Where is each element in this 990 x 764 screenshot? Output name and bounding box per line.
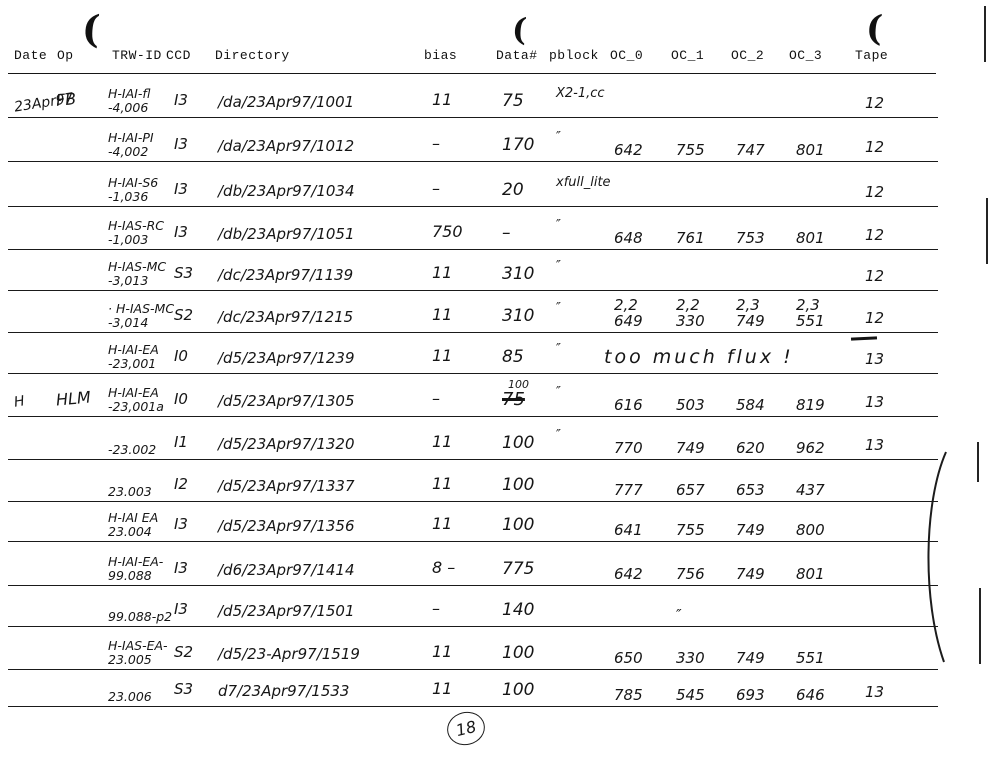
data-count-cell: – (502, 223, 511, 243)
directory-cell: /d5/23Apr97/1356 (218, 517, 355, 535)
op-cell: FB (55, 89, 77, 110)
data-count-value: 75 (502, 91, 524, 111)
directory-cell: /db/23Apr97/1051 (218, 225, 355, 243)
bias-cell: 750 (432, 222, 463, 241)
oc1-cell: 545 (676, 687, 705, 703)
column-header-trw-id: TRW-ID (112, 48, 162, 63)
tape-cell: 12 (865, 138, 884, 156)
table-row: · H-IAS-MC -3,014S2/dc/23Apr97/121511″2,… (8, 290, 938, 333)
oc2-cell: 749 (736, 566, 765, 582)
page-number-circled: 18 (444, 708, 489, 749)
directory-cell: /da/23Apr97/1012 (218, 137, 354, 155)
pblock-cell: xfull_lite (556, 175, 611, 190)
op-cell: HLM (55, 388, 91, 410)
column-header-ccd: CCD (166, 48, 191, 63)
bias-cell: 11 (432, 679, 452, 698)
stray-paren-mark: ( (80, 5, 101, 51)
bias-cell: 11 (432, 642, 452, 661)
data-count-value: 100 (502, 680, 534, 700)
oc3-cell: 800 (796, 522, 825, 538)
margin-mark (984, 6, 986, 62)
table-row: H-IAI EA 23.004I3/d5/23Apr97/13561164175… (8, 501, 938, 542)
data-count-value: 85 (502, 347, 524, 367)
bias-cell: 11 (432, 514, 452, 533)
directory-cell: /d5/23Apr97/1337 (218, 477, 355, 495)
oc1-cell: 755 (676, 522, 705, 538)
oc1-cell: 749 (676, 440, 705, 456)
data-count-cell: 100 (502, 475, 534, 495)
ccd-cell: I3 (174, 223, 188, 241)
directory-cell: /d5/23Apr97/1501 (218, 602, 355, 620)
bias-cell: 11 (432, 263, 452, 282)
oc1-cell: 503 (676, 397, 705, 413)
oc1-cell: 761 (676, 230, 705, 246)
oc2-cell: 693 (736, 687, 765, 703)
oc0-cell: 642 (614, 142, 643, 158)
trw-id-cell: · H-IAS-MC -3,014 (108, 302, 174, 330)
oc2-cell: 653 (736, 482, 765, 498)
ccd-cell: I3 (174, 180, 188, 198)
bias-cell: – (432, 179, 440, 198)
ccd-cell: I0 (174, 347, 188, 365)
trw-id-cell: H-IAS-MC -3,013 (108, 260, 166, 288)
data-count-cell: 20 (502, 180, 524, 200)
margin-mark (986, 198, 988, 264)
data-count-value: 310 (502, 264, 534, 284)
oc1-cell: 330 (676, 650, 705, 666)
oc2-cell: 620 (736, 440, 765, 456)
oc1-cell: 2,2 330 (676, 297, 705, 329)
pblock-cell: X2-1,cc (556, 86, 605, 101)
oc0-cell: 648 (614, 230, 643, 246)
stray-paren-mark: ( (865, 7, 884, 49)
trw-id-cell: H-IAS-EA- 23.005 (108, 639, 168, 667)
data-count-cell: 310 (502, 306, 534, 326)
oc3-cell: 819 (796, 397, 825, 413)
oc3-cell: 551 (796, 650, 825, 666)
data-count-value: 140 (502, 600, 534, 620)
oc3-cell: 801 (796, 142, 825, 158)
pblock-cell: ″ (556, 342, 561, 357)
table-row: 99.088-p2I3/d5/23Apr97/1501–″140 (8, 585, 938, 627)
data-count-value: 20 (502, 180, 524, 200)
data-count-struck-value: 75 (502, 389, 525, 410)
column-header-data-num: Data# (496, 48, 538, 63)
oc3-cell: 801 (796, 566, 825, 582)
column-header-directory: Directory (215, 48, 290, 63)
directory-cell: /d6/23Apr97/1414 (218, 561, 355, 579)
pblock-cell: ″ (556, 428, 561, 443)
oc0-cell: 770 (614, 440, 643, 456)
tape-cell: 12 (865, 94, 884, 112)
trw-id-cell: 23.006 (108, 690, 152, 704)
column-header-oc1: OC_1 (671, 48, 704, 63)
directory-cell: /d5/23-Apr97/1519 (218, 645, 360, 663)
ccd-cell: S2 (174, 306, 193, 324)
table-row: HHLMH-IAI-EA -23,001aI0/d5/23Apr97/1305–… (8, 373, 938, 417)
data-count-value: 310 (502, 306, 534, 326)
oc3-cell: 801 (796, 230, 825, 246)
column-header-tape: Tape (855, 48, 888, 63)
bias-cell: 11 (432, 346, 452, 365)
ccd-cell: I3 (174, 559, 188, 577)
oc1-cell: ″ (676, 607, 682, 623)
directory-cell: d7/23Apr97/1533 (218, 682, 349, 700)
tape-cell: 12 (865, 183, 884, 201)
directory-cell: /d5/23Apr97/1320 (218, 435, 355, 453)
table-row: H-IAS-EA- 23.005S2/d5/23-Apr97/151911650… (8, 626, 938, 670)
data-count-cell: 100 (502, 515, 534, 535)
data-count-cell: 140 (502, 600, 534, 620)
oc0-cell: 650 (614, 650, 643, 666)
column-header-oc0: OC_0 (610, 48, 643, 63)
oc3-cell: 437 (796, 482, 825, 498)
page-number: 18 (454, 717, 478, 740)
table-row: H-IAI-S6 -1,036I3/db/23Apr97/1034–xfull_… (8, 161, 938, 207)
bias-cell: 8 – (432, 558, 455, 577)
pblock-cell: ″ (556, 259, 561, 274)
column-header-op: Op (57, 48, 74, 63)
ccd-cell: S2 (174, 643, 193, 661)
trw-id-cell: H-IAI EA 23.004 (108, 511, 158, 539)
trw-id-cell: H-IAI-fl -4,006 (108, 87, 150, 115)
ccd-cell: S3 (174, 264, 193, 282)
margin-mark (979, 588, 981, 664)
tape-cell: 13 (865, 350, 884, 368)
column-header-oc3: OC_3 (789, 48, 822, 63)
tape-cell: 13 (865, 436, 884, 454)
trw-id-cell: H-IAI-S6 -1,036 (108, 176, 158, 204)
table-row: H-IAI-PI -4,002I3/da/23Apr97/1012–″64275… (8, 117, 938, 162)
oc3-cell: 962 (796, 440, 825, 456)
trw-id-cell: 99.088-p2 (108, 610, 172, 624)
data-count-cell: 100 (502, 433, 534, 453)
ccd-cell: I1 (174, 433, 188, 451)
oc2-cell: 747 (736, 142, 765, 158)
margin-mark (977, 442, 979, 482)
bias-cell: 11 (432, 432, 452, 451)
data-count-value: 100 (502, 643, 534, 663)
header-rule (8, 73, 936, 74)
data-count-cell: 775 (502, 559, 534, 579)
directory-cell: /dc/23Apr97/1215 (218, 308, 353, 326)
table-row: H-IAI-EA -23,001I0/d5/23Apr97/123911″13t… (8, 332, 938, 374)
directory-cell: /dc/23Apr97/1139 (218, 266, 353, 284)
oc0-cell: 777 (614, 482, 643, 498)
bias-cell: – (432, 389, 440, 408)
pblock-cell: ″ (556, 301, 561, 316)
pblock-cell: ″ (556, 385, 561, 400)
bias-cell: 11 (432, 90, 452, 109)
directory-cell: /db/23Apr97/1034 (218, 182, 355, 200)
oc1-cell: 657 (676, 482, 705, 498)
oc0-cell: 642 (614, 566, 643, 582)
data-count-cell: 75 (502, 91, 524, 111)
table-row: H-IAS-MC -3,013S3/dc/23Apr97/113911″1231… (8, 249, 938, 291)
oc2-cell: 2,3 749 (736, 297, 765, 329)
tape-cell: 13 (865, 683, 884, 701)
table-row: -23.002I1/d5/23Apr97/132011″770749620962… (8, 416, 938, 460)
oc1-cell: 756 (676, 566, 705, 582)
bias-cell: – (432, 134, 440, 153)
data-count-cell: 310 (502, 264, 534, 284)
bias-cell: 11 (432, 305, 452, 324)
data-count-value: 775 (502, 559, 534, 579)
oc0-cell: 641 (614, 522, 643, 538)
table-row: 23Apr97FBH-IAI-fl -4,006I3/da/23Apr97/10… (8, 75, 938, 118)
table-row: 23.006S3d7/23Apr97/153311785545693646131… (8, 669, 938, 707)
note-cell: too much flux ! (604, 346, 794, 368)
oc3-cell: 2,3 551 (796, 297, 825, 329)
column-header-pblock: pblock (549, 48, 599, 63)
oc2-cell: 749 (736, 650, 765, 666)
column-header-date: Date (14, 48, 47, 63)
data-count-cell: 170 (502, 135, 534, 155)
tape-cell: 12 (865, 309, 884, 327)
pblock-cell: ″ (556, 130, 561, 145)
ccd-cell: I3 (174, 91, 188, 109)
oc2-cell: 749 (736, 522, 765, 538)
data-count-value: 100 (502, 515, 534, 535)
pblock-cell: ″ (556, 218, 561, 233)
oc3-cell: 646 (796, 687, 825, 703)
tape-cell: 12 (865, 226, 884, 244)
tape-cell: 13 (865, 393, 884, 411)
oc0-cell: 785 (614, 687, 643, 703)
ccd-cell: I3 (174, 600, 188, 618)
table-row: H-IAS-RC -1,003I3/db/23Apr97/1051750″648… (8, 206, 938, 250)
data-count-value: 100 (502, 433, 534, 453)
date-cell: H (13, 393, 26, 410)
oc2-cell: 753 (736, 230, 765, 246)
tape-cell: 12 (865, 267, 884, 285)
table-row: H-IAI-EA- 99.088I3/d6/23Apr97/14148 –642… (8, 541, 938, 586)
trw-id-cell: H-IAS-RC -1,003 (108, 219, 164, 247)
column-header-oc2: OC_2 (731, 48, 764, 63)
table-row: 23.003I2/d5/23Apr97/13371177765765343710… (8, 459, 938, 502)
oc0-cell: 616 (614, 397, 643, 413)
data-count-cell: 85 (502, 347, 524, 367)
directory-cell: /d5/23Apr97/1239 (218, 349, 355, 367)
ccd-cell: I2 (174, 475, 188, 493)
stray-paren-mark: ( (511, 12, 528, 49)
scanned-log-sheet: Date Op TRW-ID CCD Directory bias Data# … (0, 0, 990, 764)
directory-cell: /da/23Apr97/1001 (218, 93, 354, 111)
data-count-cell: 100 (502, 680, 534, 700)
trw-id-cell: H-IAI-EA -23,001a (108, 386, 164, 414)
bias-cell: 11 (432, 474, 452, 493)
trw-id-cell: -23.002 (108, 443, 156, 457)
data-count-value: – (502, 223, 511, 243)
column-header-bias: bias (424, 48, 457, 63)
ccd-cell: I3 (174, 515, 188, 533)
oc1-cell: 755 (676, 142, 705, 158)
bracket-curve-mark (916, 450, 950, 664)
trw-id-cell: 23.003 (108, 485, 152, 499)
oc2-cell: 584 (736, 397, 765, 413)
directory-cell: /d5/23Apr97/1305 (218, 392, 355, 410)
data-count-value: 170 (502, 135, 534, 155)
data-count-value: 100 (508, 380, 529, 389)
trw-id-cell: H-IAI-PI -4,002 (108, 131, 154, 159)
ccd-cell: S3 (174, 680, 193, 698)
oc0-cell: 2,2 649 (614, 297, 643, 329)
trw-id-cell: H-IAI-EA- 99.088 (108, 555, 163, 583)
data-count-cell: 10075 (502, 380, 529, 410)
data-count-value: 100 (502, 475, 534, 495)
ccd-cell: I3 (174, 135, 188, 153)
trw-id-cell: H-IAI-EA -23,001 (108, 343, 159, 371)
ccd-cell: I0 (174, 390, 188, 408)
data-count-cell: 100 (502, 643, 534, 663)
bias-cell: – (432, 599, 440, 618)
